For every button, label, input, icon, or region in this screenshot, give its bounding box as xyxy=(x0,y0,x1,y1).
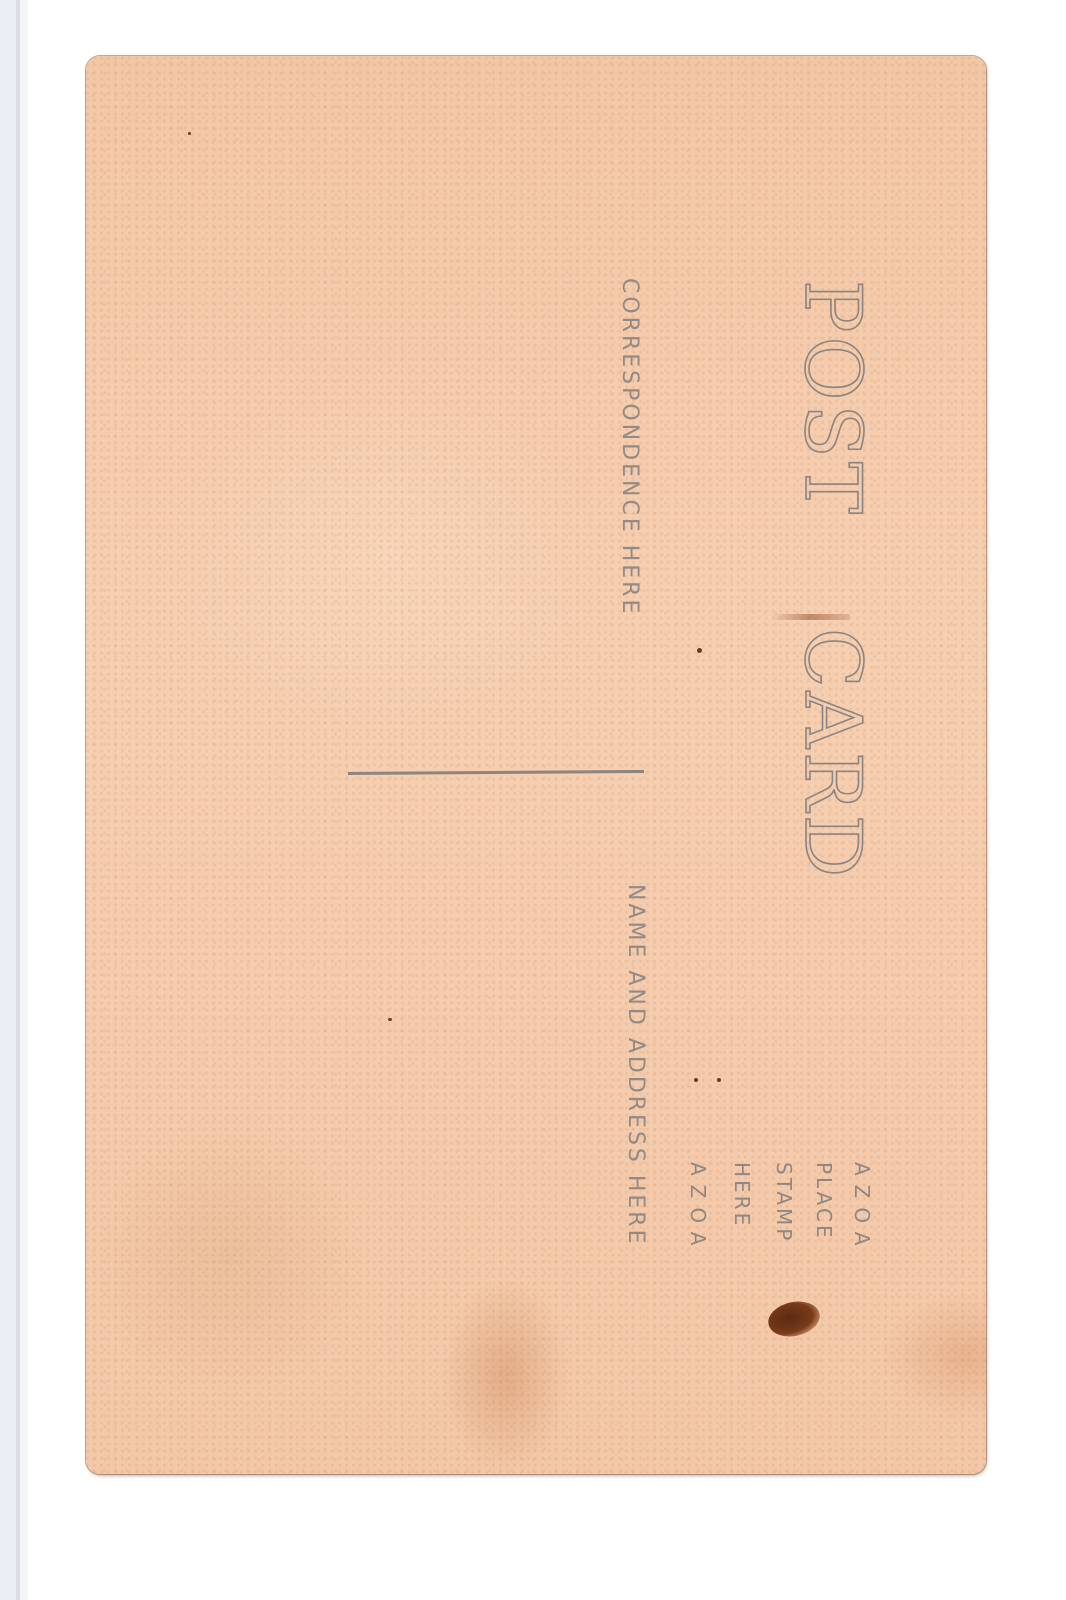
correspondence-label: CORRESPONDENCE HERE xyxy=(617,278,642,616)
stamp-box-border-top: AZOA xyxy=(850,1162,874,1254)
stamp-box-here: HERE xyxy=(730,1162,754,1228)
postcard-title-card: CARD xyxy=(787,628,877,881)
stamp-box-border-bottom: AZOA xyxy=(686,1162,710,1254)
address-label: NAME AND ADDRESS HERE xyxy=(623,884,648,1247)
scan-edge-strip-light xyxy=(20,0,28,1600)
stamp-box-stamp: STAMP xyxy=(772,1162,796,1243)
speck xyxy=(188,132,191,135)
speck xyxy=(717,1078,721,1082)
scan-edge-strip xyxy=(0,0,16,1600)
speck xyxy=(697,648,702,653)
speck xyxy=(388,1018,392,1021)
speck xyxy=(694,1078,698,1082)
stamp-box-place: PLACE xyxy=(812,1162,836,1241)
stain-streak xyxy=(770,614,850,620)
postcard-title-post: POST xyxy=(787,280,877,518)
